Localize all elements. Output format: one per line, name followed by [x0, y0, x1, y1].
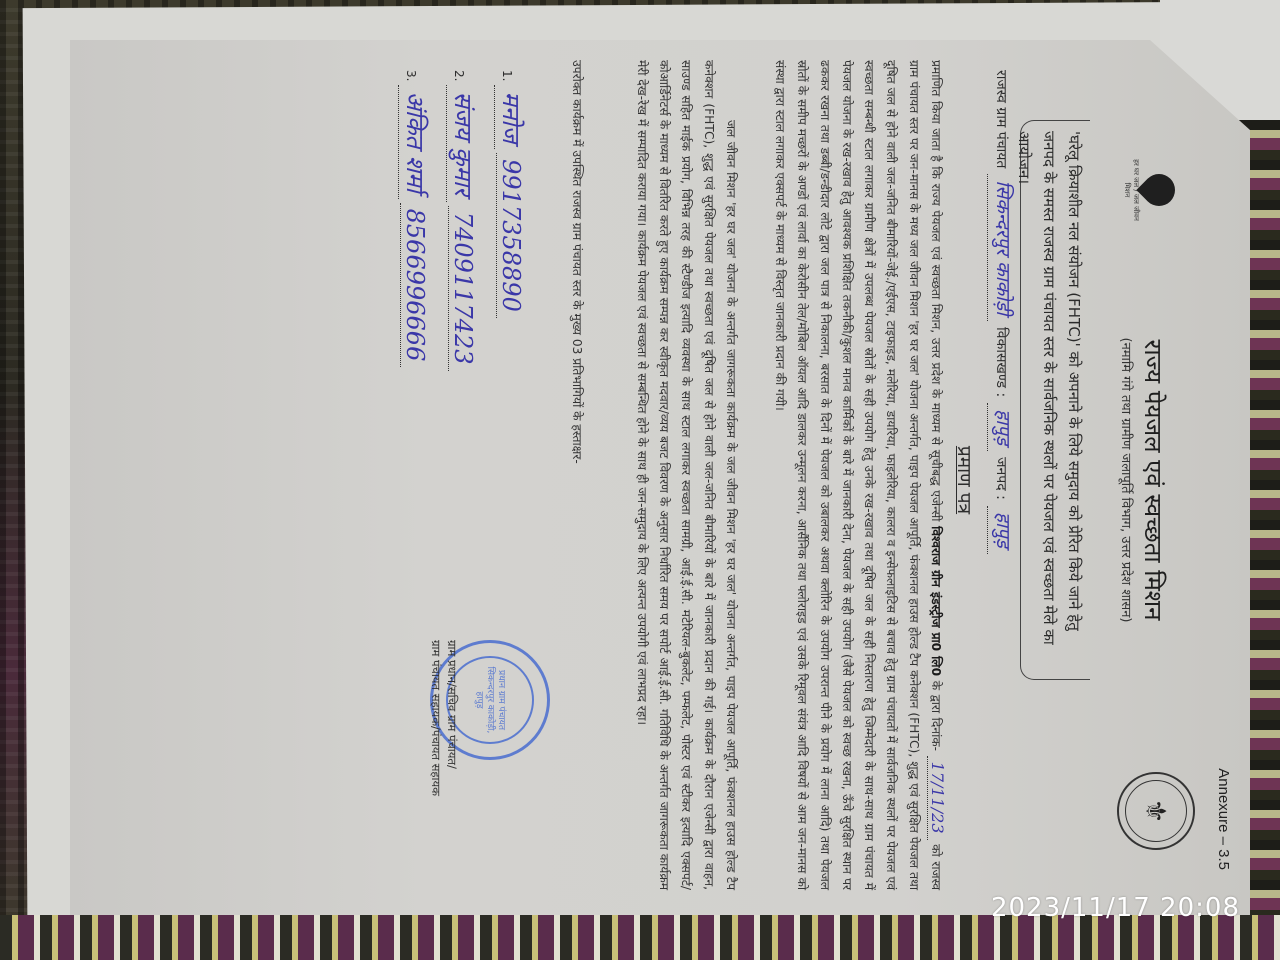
participant-signature-3: 3. अंकित शर्मा 8566996666 [398, 70, 432, 367]
certificate-title: प्रमाण पत्र [952, 40, 978, 920]
location-fields: राजस्व ग्राम पंचायत सिकन्दरपुर काकोड़ी व… [986, 70, 1018, 790]
signoff-line-1: ग्राम प्रधान/सचिव ग्राम पंचायत/ [444, 640, 460, 796]
event-description-box: 'घरेलू क्रियाशील नल संयोजन (FHTC)' को अप… [1020, 120, 1090, 680]
agency-name: विश्वराज ग्रीन इंडस्ट्रीज प्रा0 लि0 [929, 526, 943, 676]
participant-number: 3. [404, 70, 418, 81]
signoff-block: ग्राम प्रधान/सचिव ग्राम पंचायत/ ग्राम पं… [428, 640, 460, 796]
paragraph-1-body: को राजस्व ग्राम पंचायत स्तर पर जन-मानस क… [773, 60, 943, 890]
participant-phone: 9917358890 [496, 153, 525, 318]
header-subtitle: (नमामि गंगे तथा ग्रामीण जलापूर्ति विभाग,… [1118, 40, 1136, 920]
event-date: 17/11/23 [927, 756, 947, 840]
gram-panchayat-value: सिकन्दरपुर काकोड़ी [987, 174, 1018, 321]
block-value: हापुड़ [987, 403, 1018, 451]
participant-name: मनोज [494, 85, 528, 149]
participant-name: संजय कुमार [446, 85, 480, 201]
certificate-document: Annexure – 3.5 ⚜ हर घर जल / जल जीवन मिशन… [70, 40, 1240, 920]
participant-number: 2. [452, 70, 466, 81]
block-label: विकासखण्ड : [986, 327, 1016, 397]
header-title: राज्य पेयजल एवं स्वच्छता मिशन [1137, 40, 1170, 920]
paragraph-1: प्रमाणित किया जाता है कि राज्य पेयजल एवं… [769, 60, 948, 890]
signoff-line-2: ग्राम पंचायत सहायक/पंचायत सहायक [428, 640, 444, 796]
date-prefix: के द्वारा दिनांक- [929, 681, 943, 751]
participant-signature-1: 1. मनोज 9917358890 [494, 70, 528, 318]
participant-number: 1. [500, 70, 514, 81]
annexure-label: Annexure – 3.5 [1215, 768, 1232, 870]
gram-panchayat-label: राजस्व ग्राम पंचायत [986, 70, 1016, 168]
participant-phone: 7409117423 [448, 206, 477, 371]
participant-name: अंकित शर्मा [398, 85, 432, 198]
district-label: जनपद : [986, 457, 1016, 500]
paragraph-1-lead: प्रमाणित किया जाता है कि राज्य पेयजल एवं… [929, 60, 943, 521]
district-value: हापुड़ [987, 506, 1018, 554]
participant-phone: 8566996666 [400, 203, 429, 368]
photo-timestamp: 2023/11/17 20:08 [991, 893, 1240, 923]
paragraph-3: उपरोक्त कार्यक्रम में उपस्थित राजस्व ग्र… [566, 60, 588, 890]
participant-signature-2: 2. संजय कुमार 7409117423 [446, 70, 480, 371]
paragraph-2: जल जीवन मिशन 'हर घर जल' योजना के अन्तर्ग… [631, 60, 742, 890]
